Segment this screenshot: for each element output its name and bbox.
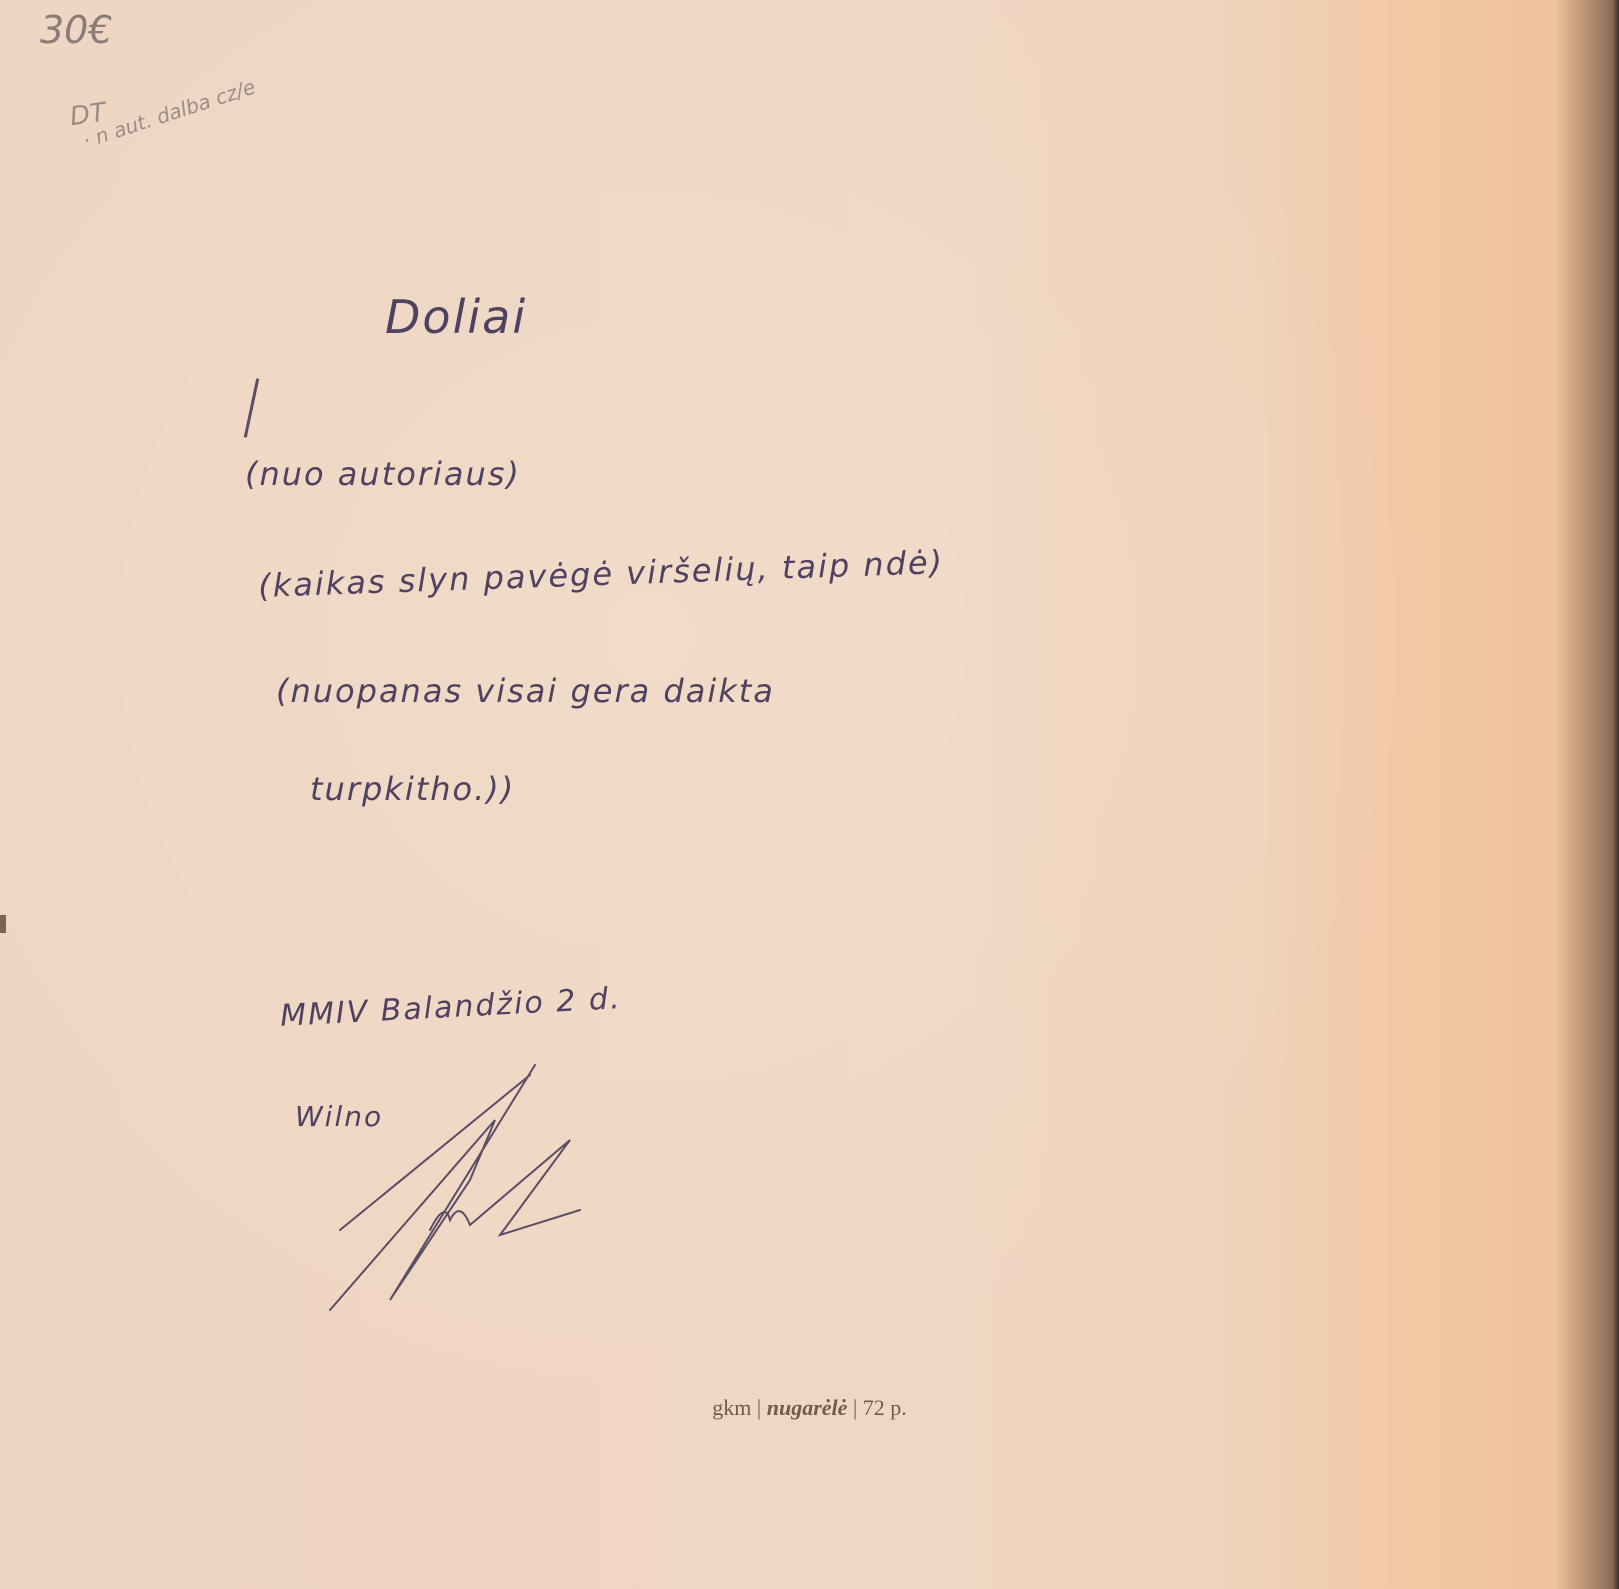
inscription-date: MMIV Balandžio 2 d. bbox=[279, 981, 622, 1034]
inscription-line-3: (nuopanas visai gera daikta bbox=[276, 672, 775, 710]
footer-pages: | 72 p. bbox=[853, 1395, 907, 1420]
footer-caption: gkm | nugarėlė | 72 p. bbox=[0, 1395, 1619, 1421]
price-note: 30€ bbox=[40, 8, 113, 52]
inscription-line-2: (kaikas slyn pavėgė viršelių, taip ndė) bbox=[258, 543, 945, 605]
footer-series: nugarėlė bbox=[767, 1395, 848, 1420]
salutation: Doliai bbox=[385, 290, 527, 344]
binding-mark bbox=[0, 915, 6, 933]
inscription-line-4: turpkitho.)) bbox=[310, 770, 515, 808]
footer-publisher: gkm | bbox=[712, 1395, 761, 1420]
inscription-line-1: (nuo autoriaus) bbox=[245, 455, 521, 493]
pencil-note: · n aut. dalba cz/e bbox=[80, 75, 258, 153]
prefix-mark bbox=[244, 378, 259, 437]
scanned-page: 30€ DT · n aut. dalba cz/e Doliai (nuo a… bbox=[0, 0, 1619, 1589]
signature-icon bbox=[320, 1060, 640, 1360]
